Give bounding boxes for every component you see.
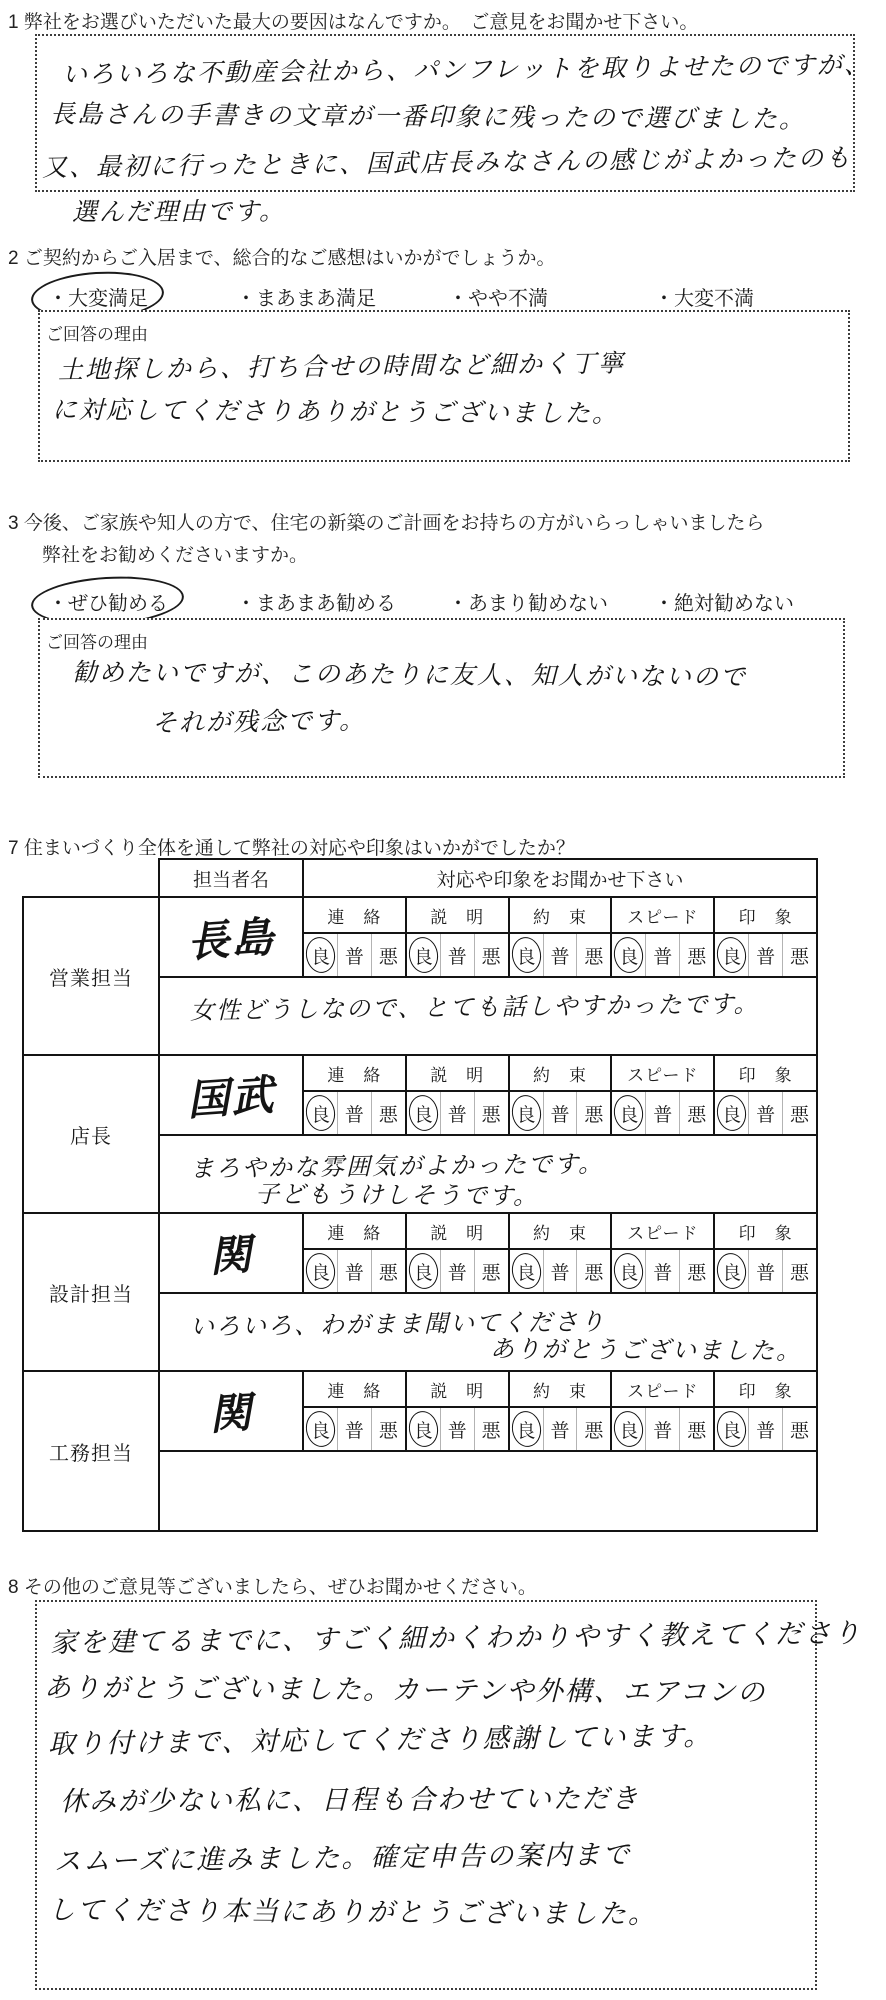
rating-mark-circled: 良: [407, 1092, 441, 1134]
rating-mark: 普: [646, 1408, 680, 1450]
q2-reason-label: ご回答の理由: [46, 320, 148, 345]
option-selected-circled: ・ぜひ勧める: [48, 587, 168, 616]
rating-category-label: スピード: [612, 1372, 713, 1408]
rating-category-label: 説 明: [407, 898, 508, 934]
rating-category-label: 約 束: [510, 1056, 611, 1092]
header-staff-name: 担当者名: [160, 860, 304, 896]
rating-category-label: 印 象: [715, 1214, 816, 1250]
rating-category: 連 絡良普悪: [304, 898, 407, 976]
rating-mark: 悪: [680, 934, 713, 976]
staff-comment-cell: 女性どうしなので、とても話しやすかったです。: [160, 978, 816, 1054]
rating-mark-circled: 良: [715, 1408, 749, 1450]
rating-mark-circled: 良: [304, 1092, 338, 1134]
q2-label: 2 ご契約からご入居まで、総合的なご感想はいかがでしょうか。: [8, 243, 555, 270]
rating-mark-circled: 良: [510, 934, 544, 976]
staff-role-label: 工務担当: [24, 1372, 160, 1530]
q7-label: 7 住まいづくり全体を通して弊社の対応や印象はいかがでしたか？: [8, 833, 575, 860]
rating-category: 連 絡良普悪: [304, 1056, 407, 1134]
rating-mark: 普: [544, 1408, 578, 1450]
staff-rating-table: 担当者名 対応や印象をお聞かせ下さい 営業担当 長島 連 絡良普悪説 明良普悪約…: [22, 858, 818, 1532]
q1-answer-line: 選んだ理由です。: [72, 191, 286, 228]
rating-category-label: スピード: [612, 1056, 713, 1092]
rating-categories: 連 絡良普悪説 明良普悪約 束良普悪スピード良普悪印 象良普悪: [304, 1214, 816, 1292]
rating-category: 約 束良普悪: [510, 1214, 613, 1292]
rating-categories: 連 絡良普悪説 明良普悪約 束良普悪スピード良普悪印 象良普悪: [304, 1372, 816, 1450]
staff-row: 営業担当 長島 連 絡良普悪説 明良普悪約 束良普悪スピード良普悪印 象良普悪 …: [24, 898, 816, 1056]
rating-category: 約 束良普悪: [510, 1056, 613, 1134]
rating-mark-circled: 良: [612, 934, 646, 976]
rating-category-label: 印 象: [715, 1372, 816, 1408]
rating-mark: 悪: [783, 1408, 816, 1450]
q2-options: ・大変満足・まあまあ満足・やや不満・大変不満: [0, 278, 886, 314]
rating-mark-circled: 良: [612, 1092, 646, 1134]
rating-mark-circled: 良: [304, 934, 338, 976]
rating-mark-circled: 良: [715, 1092, 749, 1134]
rating-mark: 悪: [372, 1408, 405, 1450]
staff-role-label: 店長: [24, 1056, 160, 1212]
staff-comment-cell: いろいろ、わがまま聞いてくださりありがとうございました。: [160, 1294, 816, 1370]
rating-mark: 悪: [783, 1092, 816, 1134]
q3-reason-label: ご回答の理由: [46, 628, 148, 653]
staff-name-handwritten: 国武: [185, 1062, 277, 1128]
staff-comment-cell: [160, 1452, 816, 1530]
rating-category-label: 約 束: [510, 1372, 611, 1408]
rating-mark: 普: [646, 1250, 680, 1292]
rating-category-label: 連 絡: [304, 898, 405, 934]
rating-mark: 普: [441, 934, 475, 976]
q1-label: 1 弊社をお選びいただいた最大の要因はなんですか。 ご意見をお聞かせ下さい。: [8, 7, 698, 34]
q2-answer-line: に対応してくださりありがとうございました。: [52, 390, 619, 430]
q3-label-line2: 弊社をお勧めくださいますか。: [42, 540, 308, 567]
rating-mark: 普: [441, 1250, 475, 1292]
staff-role-label: 営業担当: [24, 898, 160, 1054]
rating-mark: 普: [646, 1092, 680, 1134]
rating-mark: 悪: [577, 1408, 610, 1450]
rating-mark: 悪: [475, 934, 508, 976]
option: ・大変不満: [654, 282, 754, 311]
option: ・まあまあ満足: [236, 282, 376, 311]
option-selected-circled: ・大変満足: [48, 282, 148, 311]
q2-answer-line: 土地探しから、打ち合せの時間など細かく丁寧: [58, 344, 625, 387]
staff-role-label: 設計担当: [24, 1214, 160, 1370]
rating-category: 説 明良普悪: [407, 898, 510, 976]
staff-row: 設計担当 関 連 絡良普悪説 明良普悪約 束良普悪スピード良普悪印 象良普悪 い…: [24, 1214, 816, 1372]
rating-mark: 普: [749, 934, 783, 976]
staff-comment-line: 女性どうしなので、とても話しやすかったです。: [190, 986, 808, 1029]
rating-mark: 悪: [680, 1250, 713, 1292]
rating-mark-circled: 良: [510, 1250, 544, 1292]
rating-mark-circled: 良: [407, 1250, 441, 1292]
rating-mark-circled: 良: [715, 934, 749, 976]
rating-mark: 悪: [680, 1092, 713, 1134]
rating-mark: 悪: [783, 1250, 816, 1292]
rating-categories: 連 絡良普悪説 明良普悪約 束良普悪スピード良普悪印 象良普悪: [304, 1056, 816, 1134]
survey-form-page: 1 弊社をお選びいただいた最大の要因はなんですか。 ご意見をお聞かせ下さい。 い…: [0, 0, 886, 2000]
rating-category: スピード良普悪: [612, 1056, 715, 1134]
rating-mark: 悪: [577, 934, 610, 976]
staff-row: 工務担当 関 連 絡良普悪説 明良普悪約 束良普悪スピード良普悪印 象良普悪: [24, 1372, 816, 1530]
rating-category: 印 象良普悪: [715, 1214, 816, 1292]
q8-answer-line: ありがとうございました。カーテンや外構、エアコンの: [44, 1665, 767, 1709]
rating-mark: 悪: [680, 1408, 713, 1450]
rating-mark-circled: 良: [510, 1092, 544, 1134]
rating-mark: 悪: [372, 934, 405, 976]
rating-category: 説 明良普悪: [407, 1372, 510, 1450]
q8-label: 8 その他のご意見等ございましたら、ぜひお聞かせください。: [8, 1572, 537, 1599]
rating-mark: 悪: [372, 1250, 405, 1292]
q8-answer-line: してくださり本当にありがとうございました。: [48, 1888, 657, 1931]
header-impression: 対応や印象をお聞かせ下さい: [304, 860, 816, 896]
option: ・絶対勧めない: [654, 587, 794, 616]
rating-mark: 普: [338, 934, 372, 976]
rating-mark-circled: 良: [715, 1250, 749, 1292]
rating-category-label: 説 明: [407, 1214, 508, 1250]
rating-mark: 普: [544, 1250, 578, 1292]
rating-mark-circled: 良: [407, 1408, 441, 1450]
rating-category: 印 象良普悪: [715, 1372, 816, 1450]
rating-category: 印 象良普悪: [715, 898, 816, 976]
staff-name-cell: 長島: [160, 898, 304, 976]
option: ・やや不満: [448, 282, 548, 311]
staff-name-handwritten: 関: [207, 1222, 255, 1285]
q3-answer-line: それが残念です。: [152, 701, 366, 740]
staff-comment-line: ありがとうございました。: [490, 1332, 808, 1369]
rating-category-label: 説 明: [407, 1056, 508, 1092]
staff-comment-line: 子どもうけしそうです。: [255, 1177, 808, 1212]
rating-mark: 普: [544, 934, 578, 976]
rating-category-label: 約 束: [510, 1214, 611, 1250]
rating-category-label: 連 絡: [304, 1056, 405, 1092]
rating-mark: 悪: [577, 1250, 610, 1292]
rating-category: 約 束良普悪: [510, 898, 613, 976]
rating-mark: 普: [749, 1250, 783, 1292]
rating-mark-circled: 良: [304, 1408, 338, 1450]
rating-category-label: 約 束: [510, 898, 611, 934]
rating-category: スピード良普悪: [612, 1372, 715, 1450]
rating-mark-circled: 良: [510, 1408, 544, 1450]
table-body: 営業担当 長島 連 絡良普悪説 明良普悪約 束良普悪スピード良普悪印 象良普悪 …: [22, 896, 818, 1532]
q3-answer-line: 勧めたいですが、このあたりに友人、知人がいないので: [72, 653, 747, 694]
staff-name-cell: 関: [160, 1372, 304, 1450]
q8-answer-line: スムーズに進みました。確定申告の案内まで: [54, 1832, 632, 1878]
rating-mark: 悪: [577, 1092, 610, 1134]
rating-category-label: 印 象: [715, 898, 816, 934]
rating-mark: 普: [441, 1092, 475, 1134]
rating-category-label: スピード: [612, 898, 713, 934]
staff-comment-cell: まろやかな雰囲気がよかったです。子どもうけしそうです。: [160, 1136, 816, 1212]
rating-category: 連 絡良普悪: [304, 1214, 407, 1292]
rating-mark: 悪: [475, 1408, 508, 1450]
rating-mark: 普: [338, 1408, 372, 1450]
q3-reason-box: [38, 618, 845, 778]
q3-label-line1: 3 今後、ご家族や知人の方で、住宅の新築のご計画をお持ちの方がいらっしゃいました…: [8, 508, 764, 535]
rating-mark: 普: [749, 1408, 783, 1450]
table-header-row: 担当者名 対応や印象をお聞かせ下さい: [158, 858, 818, 896]
rating-mark: 普: [338, 1092, 372, 1134]
rating-mark-circled: 良: [407, 934, 441, 976]
rating-mark-circled: 良: [612, 1250, 646, 1292]
q2-reason-box: [38, 310, 850, 462]
rating-category-label: 連 絡: [304, 1214, 405, 1250]
rating-category: 連 絡良普悪: [304, 1372, 407, 1450]
staff-name-cell: 関: [160, 1214, 304, 1292]
staff-name-cell: 国武: [160, 1056, 304, 1134]
rating-category: 約 束良普悪: [510, 1372, 613, 1450]
q1-answer-line: 長島さんの手書きの文章が一番印象に残ったので選びました。: [50, 94, 806, 135]
rating-mark: 普: [544, 1092, 578, 1134]
rating-category-label: 説 明: [407, 1372, 508, 1408]
rating-category-label: スピード: [612, 1214, 713, 1250]
rating-mark: 悪: [475, 1250, 508, 1292]
staff-row: 店長 国武 連 絡良普悪説 明良普悪約 束良普悪スピード良普悪印 象良普悪 まろ…: [24, 1056, 816, 1214]
staff-name-handwritten: 関: [207, 1380, 255, 1443]
option: ・まあまあ勧める: [236, 587, 396, 616]
rating-category: 説 明良普悪: [407, 1056, 510, 1134]
rating-categories: 連 絡良普悪説 明良普悪約 束良普悪スピード良普悪印 象良普悪: [304, 898, 816, 976]
rating-category: 説 明良普悪: [407, 1214, 510, 1292]
rating-mark: 普: [441, 1408, 475, 1450]
rating-mark: 悪: [783, 934, 816, 976]
q8-answer-line: 取り付けまで、対応してくださり感謝しています。: [48, 1714, 713, 1761]
rating-mark-circled: 良: [612, 1408, 646, 1450]
option: ・あまり勧めない: [448, 587, 608, 616]
rating-mark: 悪: [475, 1092, 508, 1134]
rating-mark: 悪: [372, 1092, 405, 1134]
rating-category-label: 連 絡: [304, 1372, 405, 1408]
rating-category: 印 象良普悪: [715, 1056, 816, 1134]
rating-mark: 普: [749, 1092, 783, 1134]
rating-mark-circled: 良: [304, 1250, 338, 1292]
q8-answer-line: 休みが少ない私に、日程も合わせていただき: [60, 1776, 640, 1818]
q3-options: ・ぜひ勧める・まあまあ勧める・あまり勧めない・絶対勧めない: [0, 583, 886, 619]
staff-name-handwritten: 長島: [185, 904, 277, 970]
rating-category: スピード良普悪: [612, 1214, 715, 1292]
rating-mark: 普: [646, 934, 680, 976]
rating-category-label: 印 象: [715, 1056, 816, 1092]
rating-category: スピード良普悪: [612, 898, 715, 976]
rating-mark: 普: [338, 1250, 372, 1292]
